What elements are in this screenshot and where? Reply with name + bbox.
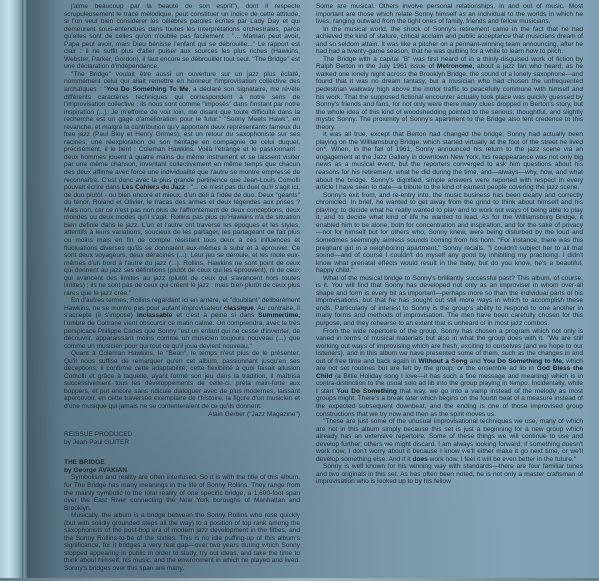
text-run: and [468, 358, 483, 365]
paragraph: It was all true, except that Berton had … [316, 131, 583, 191]
reissue-credit: REISSUE PRODUCED by Jean-Paul GUITER [64, 431, 300, 446]
sleeve-spine [0, 0, 22, 581]
reissue-produced-label: REISSUE PRODUCED [64, 431, 300, 439]
reissue-producer: by Jean-Paul GUITER [64, 439, 300, 447]
emphasized-title: inclassable [137, 312, 173, 319]
text-run: a déclaré son signataire, me révèle diff… [64, 86, 300, 191]
paragraph: "The Bridge" voulait être aussi un ouver… [64, 71, 300, 297]
emphasized-title: You Do Something [336, 388, 396, 395]
english-notes-heading: THE BRIDGE by George AVAKIAN [64, 459, 300, 474]
emphasized-title: Les Cahiers du Jazz [122, 184, 185, 191]
paragraph: "These are just some of the unusual impr… [316, 418, 583, 463]
paragraph: Sonny is well known for his winning way … [316, 463, 583, 486]
paragraph: The Bridge with a capital "B" was first … [316, 56, 583, 131]
paragraph: Symbolism and reality are often interfus… [64, 474, 300, 512]
text-run: : "... ce n'est pas du duel qu'il s'agit… [64, 184, 300, 297]
french-liner-notes: j'aime beaucoup par la beauté de son esp… [64, 3, 300, 573]
text-run: Some are musical. Others involve persona… [316, 3, 583, 25]
paragraph: j'aime beaucoup par la beauté de son esp… [64, 3, 300, 71]
english-notes-title: THE BRIDGE [64, 459, 300, 467]
paragraph: Musically, the album is a bridge between… [64, 512, 300, 572]
text-run: Quant à Coleman Hawkins, le "Bean", le t… [64, 350, 300, 410]
paragraph: Some are musical. Others involve persona… [316, 3, 583, 26]
english-liner-notes: Some are musical. Others involve persona… [316, 3, 583, 486]
paragraph: En d'autres termes, Rollins regardant ic… [64, 297, 300, 350]
text-run: j'aime beaucoup par la beauté de son esp… [64, 3, 300, 70]
text-run: Symbolism and reality are often interfus… [64, 474, 300, 511]
text-run: In the musical world, the shock of Sonny… [316, 26, 583, 56]
emphasized-title: Metronome, [437, 63, 474, 70]
text-run: Sonny's exit from, and re-entry into, th… [316, 192, 583, 274]
text-run: What of the musical bridge to Sonny's br… [316, 275, 583, 327]
byline-prefix: by George [64, 467, 98, 474]
emphasized-title: Without a Song [419, 358, 468, 365]
text-run: work now, I feel it will be even better … [428, 456, 576, 463]
album-back-cover: j'aime beaucoup par la beauté de son esp… [0, 0, 599, 581]
spine-shadow [27, 0, 63, 581]
text-run: l'ombre de Coltrane vient obscurcir ce m… [64, 320, 300, 350]
paragraph: What of the musical bridge to Sonny's br… [316, 275, 583, 328]
paragraph: From the wide repertoire of the group, S… [316, 328, 583, 419]
text-run: about a jazz fan who heard, as he walked… [316, 63, 583, 130]
paragraph: In the musical world, the shock of Sonny… [316, 26, 583, 56]
english-notes-body: Some are musical. Others involve persona… [316, 3, 583, 486]
emphasized-title: classique. [224, 305, 256, 312]
emphasized-title: You Do Something to Me, [483, 358, 564, 365]
byline-author: AVAKIAN [98, 467, 127, 474]
text-run: et c'est à peine si dans [172, 312, 258, 319]
paragraph: Quant à Coleman Hawkins, le "Bean", le t… [64, 350, 300, 410]
text-run: Sonny is well known for his winning way … [316, 463, 583, 485]
text-run: Musically, the album is a bridge between… [64, 512, 300, 572]
emphasized-title: You Do Something To Me, [106, 86, 190, 93]
french-notes-signature: Alain Gerber ("Jazz Magazine") [64, 411, 300, 419]
english-notes-intro: Symbolism and reality are often interfus… [64, 474, 300, 572]
emphasized-title: Summertime, [258, 312, 300, 319]
text-run: It was all true, except that Berton had … [316, 131, 583, 191]
emphasized-title: does [412, 456, 427, 463]
paragraph: Sonny's exit from, and re-entry into, th… [316, 192, 583, 275]
french-notes-body: j'aime beaucoup par la beauté de son esp… [64, 3, 300, 411]
english-notes-byline: by George AVAKIAN [64, 467, 300, 475]
